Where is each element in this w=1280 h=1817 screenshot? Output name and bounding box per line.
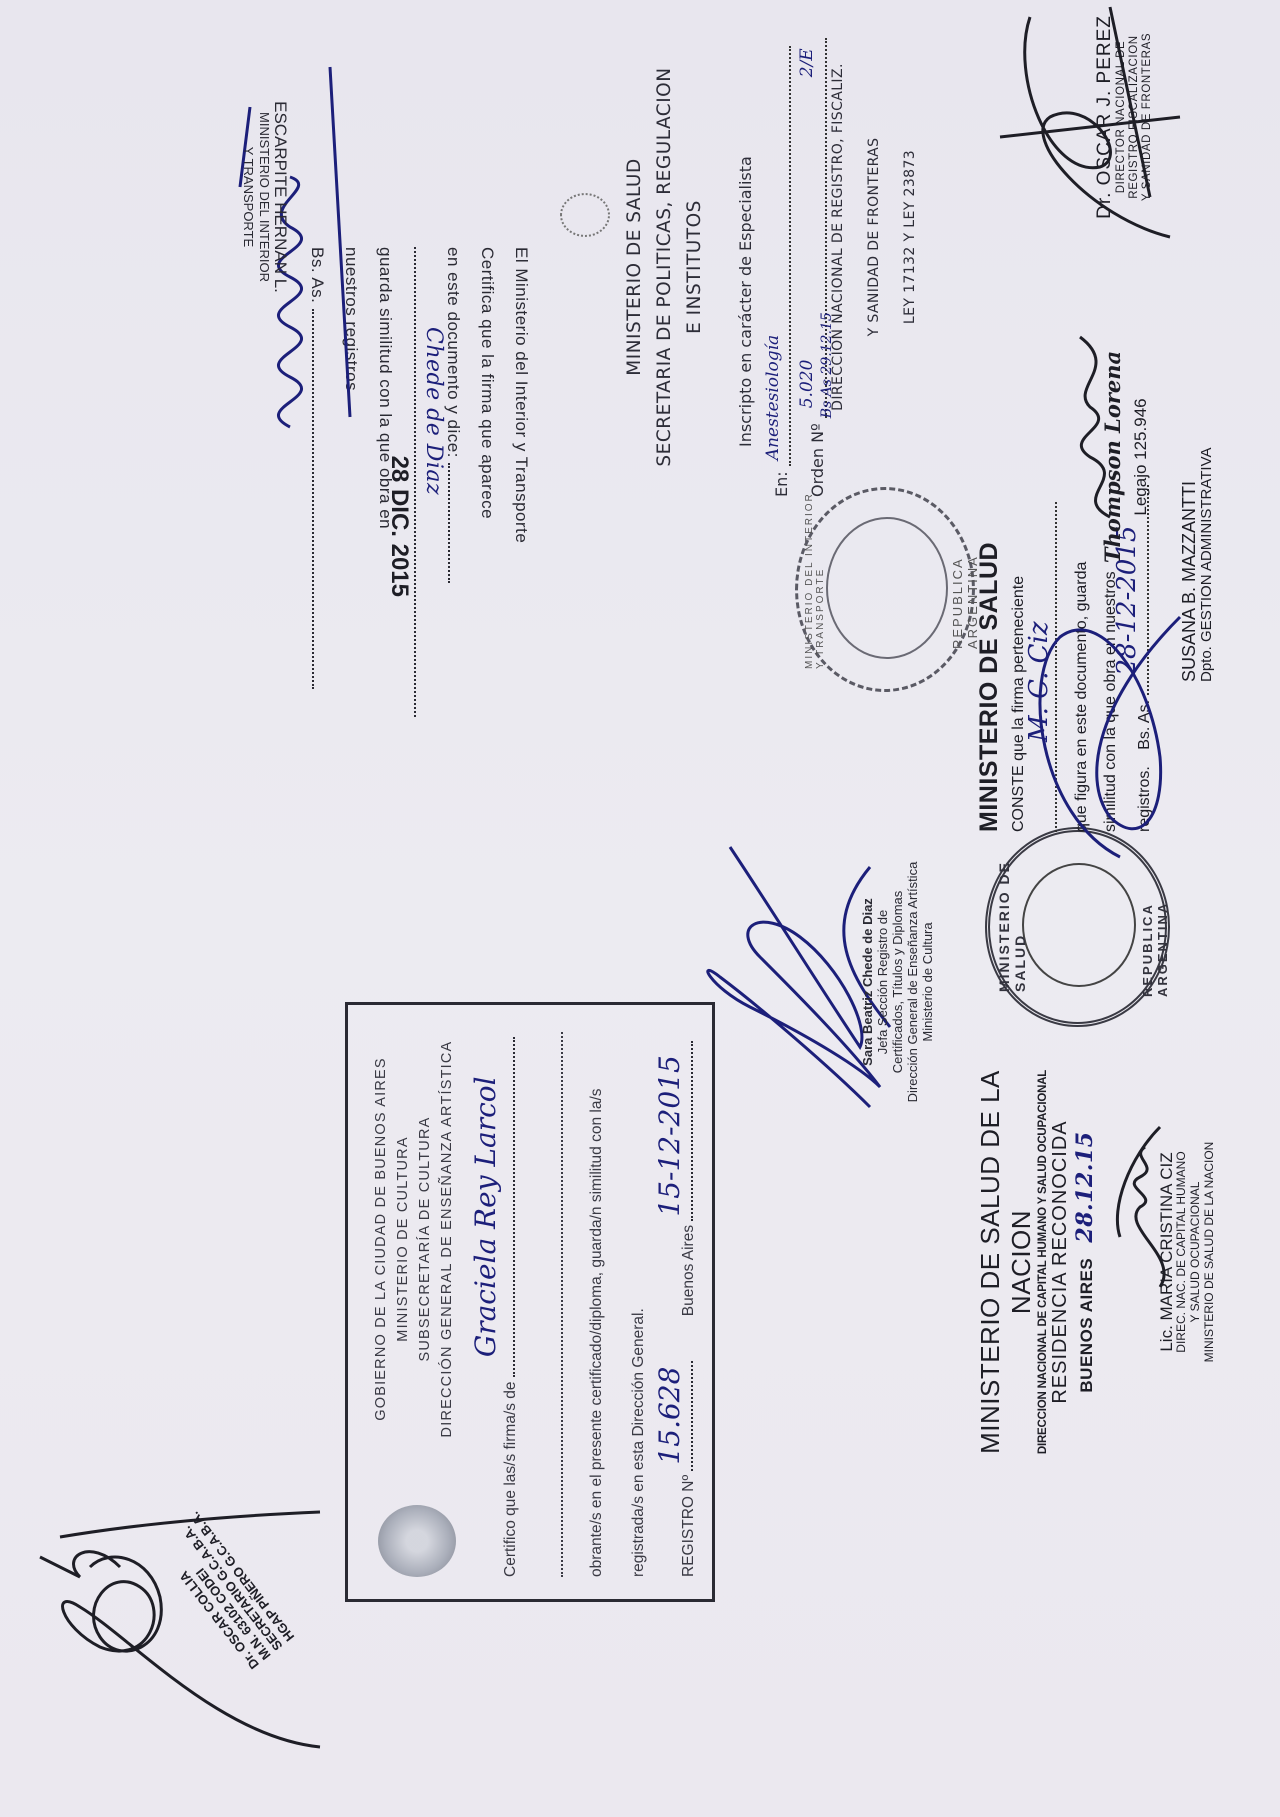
signer-name: Thompson Lorena (1100, 347, 1125, 567)
certifico-text-line: registrada/s en esta Dirección General. (630, 1308, 648, 1577)
handwritten-name: Graciela Rey Larcol (469, 1076, 502, 1357)
signer-title-line: MINISTERIO DE SALUD DE LA NACION (1202, 1102, 1216, 1402)
signer-name: SUSANA B. MAZZANTTI (1180, 352, 1198, 682)
perez-stamp: Dr. OSCAR J. PEREZ DIRECTOR NACIONAL DE … (1095, 0, 1154, 237)
salud-cert-signature (1000, 597, 1200, 877)
signer-name: Dr. OSCAR J. PEREZ (1095, 0, 1115, 237)
mazzantti-stamp: SUSANA B. MAZZANTTI Dpto. GESTION ADMINI… (1180, 352, 1216, 682)
stamp-subtitle: DIRECCION NACIONAL DE CAPITAL HUMANO Y S… (1037, 1052, 1049, 1472)
chede-signature-block: Sara Beatriz Chede de Diaz Jefa Sección … (860, 852, 935, 1112)
signer-name: Sara Beatriz Chede de Diaz (860, 852, 875, 1112)
stamp-title: MINISTERIO DE SALUD DE LA NACION (975, 1052, 1037, 1472)
dotted-line (543, 1032, 563, 1577)
header-line: DIRECCIÓN GENERAL DE ENSEÑANZA ARTÍSTICA (436, 1029, 458, 1449)
place-label: Buenos Aires (680, 1225, 697, 1316)
escarpite-stamp: ESCARPITE HERNAN L. MINISTERIO DEL INTER… (240, 57, 288, 337)
signer-title-line: REGISTRO FISCALIZACION (1128, 0, 1141, 237)
handwritten-date: 28.12.15 (1072, 1131, 1098, 1242)
certifico-text-line: obrante/s en el presente certificado/dip… (588, 1088, 606, 1577)
certifico-line: Certifico que las/s firma/s de Graciela … (493, 1037, 520, 1577)
header-line: MINISTERIO DE SALUD (620, 37, 650, 497)
registro-field: 15.628 (673, 1361, 693, 1471)
handwritten-initials: 2/E (797, 48, 817, 77)
signer-title-line: Dirección General de Enseñanza Artística (905, 852, 920, 1112)
signer-title-line: MINISTERIO DEL INTERIOR (256, 57, 272, 337)
signer-title-line: DIREC. NAC. DE CAPITAL HUMANO (1174, 1102, 1188, 1402)
specialty-field: Anestesiología (769, 46, 791, 466)
perez-signature (990, 0, 1190, 257)
coat-of-arms-icon (826, 517, 948, 659)
signer-title-line: Y SALUD OCUPACIONAL (1188, 1102, 1202, 1402)
stamp-arc-text: MINISTERIO DEL INTERIOR Y TRANSPORTE (804, 490, 826, 669)
cultura-header: GOBIERNO DE LA CIUDAD DE BUENOS AIRES MI… (370, 1029, 458, 1449)
fronteras-block: DIRECCION NACIONAL DE REGISTRO, FISCALIZ… (820, 0, 928, 477)
registro-number: 15.628 (653, 1367, 686, 1465)
politicas-block: MINISTERIO DE SALUD SECRETARIA DE POLITI… (620, 37, 827, 497)
header-line: SECRETARIA DE POLITICAS, REGULACION (650, 37, 680, 497)
interior-round-stamp: MINISTERIO DEL INTERIOR Y TRANSPORTE REP… (795, 487, 975, 692)
signer-title-line: Y TRANSPORTE (240, 57, 256, 337)
stamped-date: 28 DIC. 2015 (385, 456, 413, 597)
signer-title-line: Jefa Sección Registro de (875, 852, 890, 1112)
header-line: GOBIERNO DE LA CIUDAD DE BUENOS AIRES (370, 1029, 392, 1449)
fronteras-line: DIRECCION NACIONAL DE REGISTRO, FISCALIZ… (820, 0, 856, 477)
signer-title-line: Y SANIDAD DE FRONTERAS (1141, 0, 1154, 237)
signer-title-line: DIRECTOR NACIONAL DE (1115, 0, 1128, 237)
handwritten-specialty: Anestesiología (763, 335, 783, 460)
handwritten-orden-number: 5.020 (797, 360, 817, 409)
signer-name: Lic. MARIA CRISTINA CIZ (1160, 1102, 1174, 1402)
inscripto-label: Inscripto en carácter de Especialista (736, 37, 755, 497)
handwritten-date: 15-12-2015 (653, 1055, 686, 1216)
en-label: En: (772, 471, 791, 497)
scanned-document: Dr. OSCAR COLLIA M.N. 63102 CODEI SECRET… (0, 0, 1280, 1817)
signer-title-line: Ministerio de Cultura (920, 852, 935, 1112)
ciz-signature-block: Lic. MARIA CRISTINA CIZ DIREC. NAC. DE C… (1160, 1102, 1216, 1402)
stamp-arc-text: REPUBLICA ARGENTINA (950, 490, 980, 649)
coat-of-arms-icon (1022, 863, 1136, 987)
handwritten-name: Chede de Diaz (416, 327, 450, 495)
small-seal-icon (560, 193, 610, 237)
signer-name: ESCARPITE HERNAN L. (272, 57, 288, 337)
coat-of-arms-seal-icon (378, 1505, 456, 1577)
salud-nacion-stamp: MINISTERIO DE SALUD DE LA NACION DIRECCI… (975, 1052, 1098, 1472)
header-line: SUBSECRETARÍA DE CULTURA (414, 1029, 436, 1449)
registro-line: REGISTRO Nº 15.628 Buenos Aires 15-12-20… (673, 1041, 698, 1577)
cert-line: Certifica que la firma que aparece (470, 247, 504, 727)
cert-line: El Ministerio del Interior y Transporte (504, 247, 538, 727)
fronteras-line: Y SANIDAD DE FRONTERAS (856, 0, 892, 477)
date-field: 15-12-2015 (673, 1041, 693, 1221)
thompson-stamp: Thompson Lorena Legajo 125.946 (1100, 347, 1151, 567)
registro-label: REGISTRO Nº (680, 1475, 697, 1577)
signer-title-line: Dpto. GESTION ADMINISTRATIVA (1198, 352, 1216, 682)
name-field: Graciela Rey Larcol (493, 1037, 515, 1377)
stamp-line: BUENOS AIRES (1077, 1258, 1096, 1393)
header-line: E INSTITUTOS (680, 37, 710, 497)
fronteras-line: LEY 17132 Y LEY 23873 (892, 0, 928, 477)
legajo-number: Legajo 125.946 (1131, 347, 1151, 567)
cultura-certificate-box: GOBIERNO DE LA CIUDAD DE BUENOS AIRES MI… (345, 1002, 715, 1602)
header-line: MINISTERIO DE CULTURA (392, 1029, 414, 1449)
stamp-line: RESIDENCIA RECONOCIDA (1049, 1052, 1072, 1472)
certifico-label: Certifico que las/s firma/s de (502, 1381, 519, 1577)
signer-title-line: Certificados, Títulos y Diplomas (890, 852, 905, 1112)
